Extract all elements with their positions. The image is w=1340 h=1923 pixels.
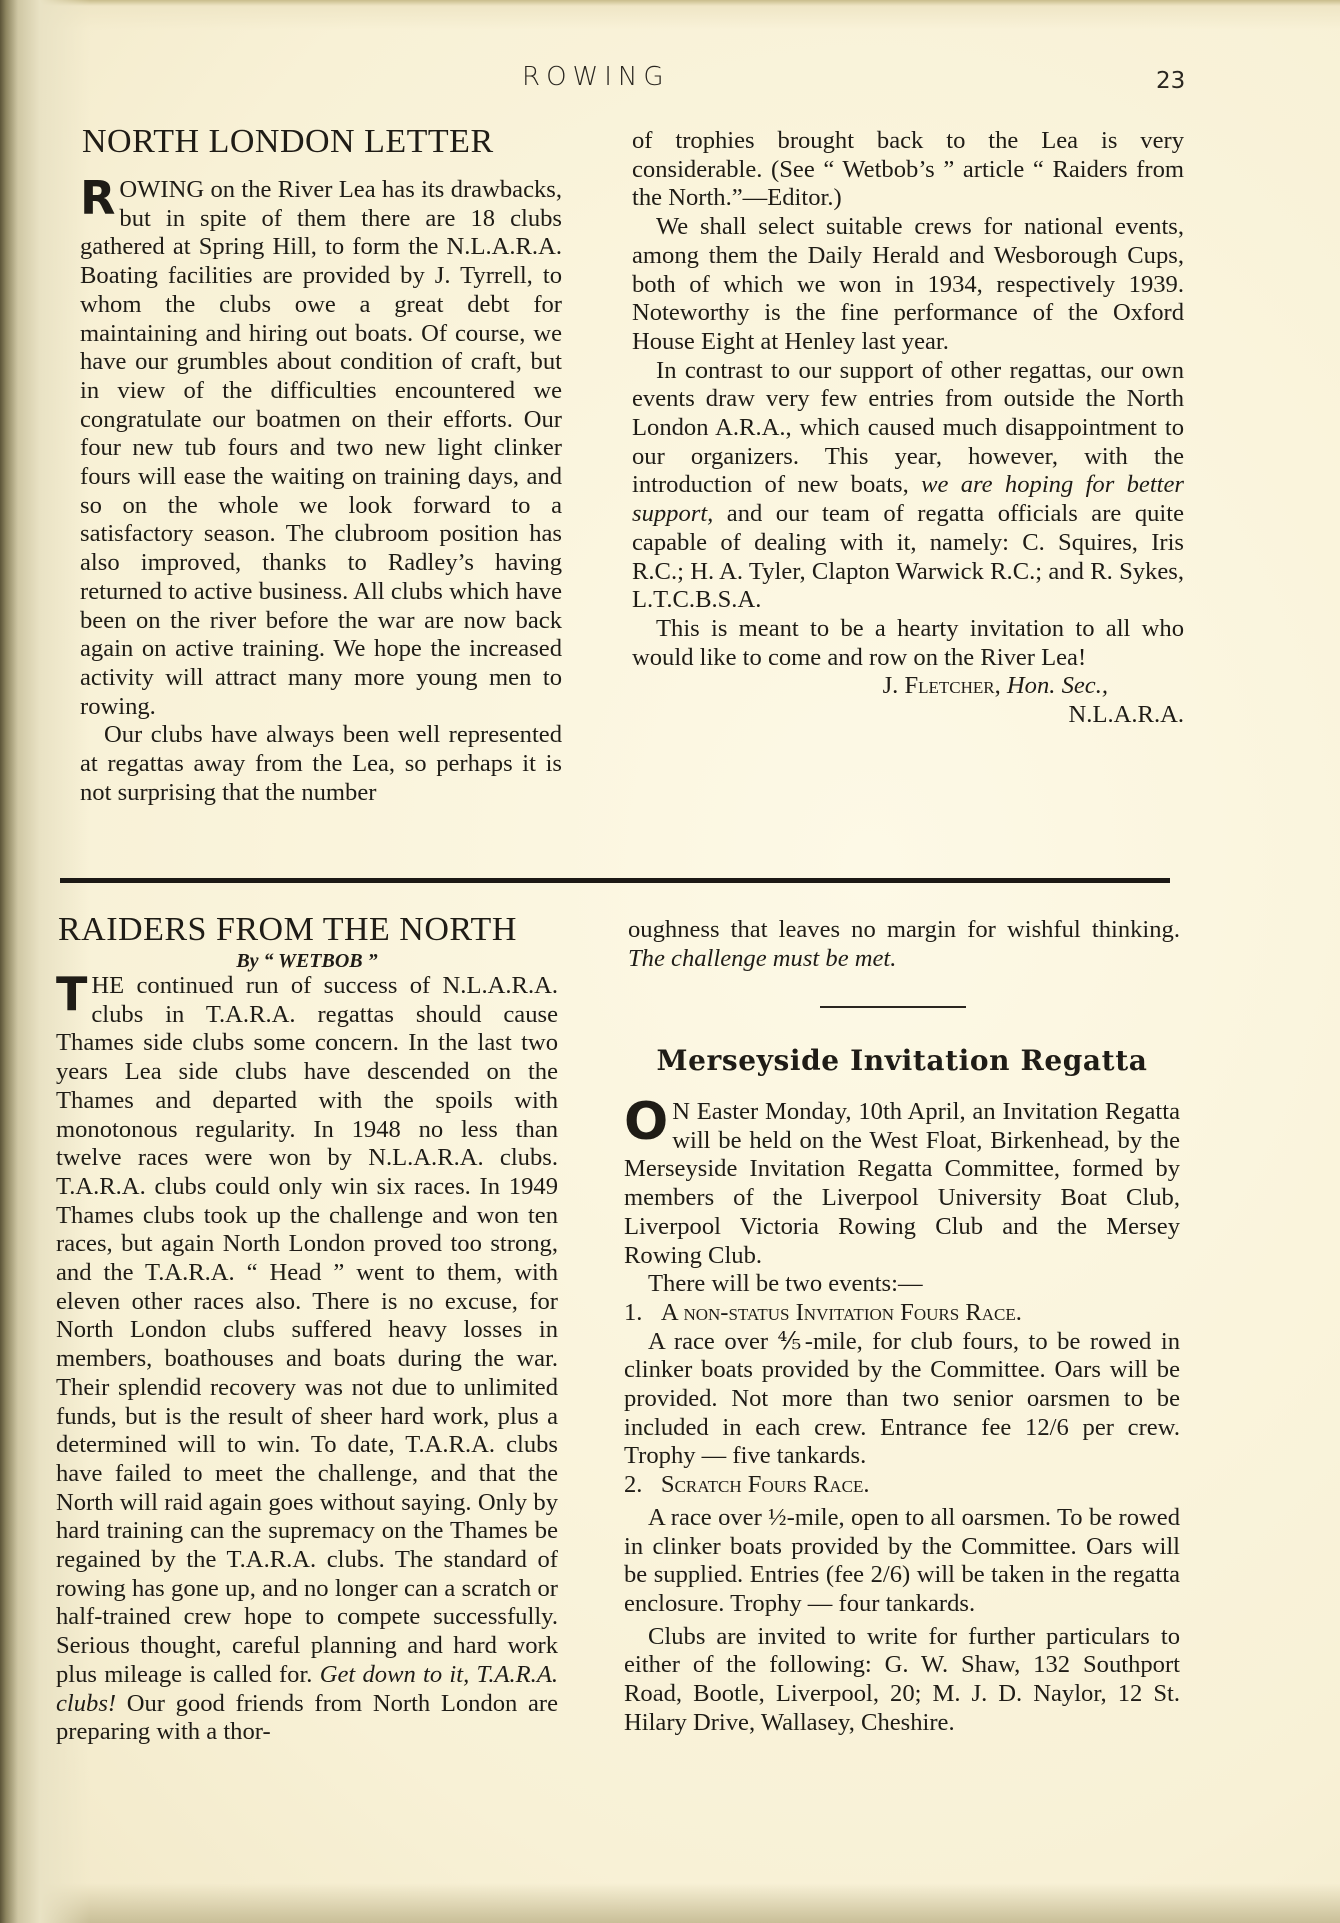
- merseyside-article: Merseyside Invitation Regatta ON Easter …: [624, 1044, 1180, 1737]
- event-number: 1.: [624, 1299, 642, 1326]
- paragraph: oughness that leaves no margin for wishf…: [628, 916, 1180, 973]
- paragraph: Our clubs have always been well represen…: [80, 721, 562, 807]
- dropcap: T: [56, 974, 87, 1014]
- event-heading: 2. Scratch Fours Race.: [624, 1471, 1180, 1500]
- event-description: A race over ⅘-mile, for club fours, to b…: [624, 1328, 1180, 1472]
- event-description: A race over ½-mile, open to all oarsmen.…: [624, 1504, 1180, 1619]
- paragraph-text: N Easter Monday, 10th April, an Invitati…: [624, 1098, 1180, 1269]
- paragraph: ROWING on the River Lea has its drawback…: [80, 176, 562, 721]
- article-title-raiders: RAIDERS FROM THE NORTH: [58, 910, 558, 950]
- north-london-letter-col-2: of trophies brought back to the Lea is v…: [632, 127, 1184, 730]
- page-number: 23: [1156, 68, 1185, 94]
- signature-role: Hon. Sec.,: [1001, 672, 1108, 699]
- signature-org: N.L.A.R.A.: [632, 701, 1184, 730]
- signature: J. Fletcher, Hon. Sec.,: [632, 672, 1184, 701]
- article-title-merseyside: Merseyside Invitation Regatta: [624, 1044, 1180, 1078]
- paragraph: THE continued run of success of N.L.A.R.…: [56, 972, 558, 1747]
- short-divider: [820, 1006, 966, 1008]
- article-title-north-london-letter: NORTH LONDON LETTER: [82, 122, 562, 162]
- paragraph: There will be two events:—: [624, 1270, 1180, 1299]
- dropcap: R: [80, 178, 115, 218]
- signature-name: J. Fletcher,: [883, 672, 1001, 699]
- paragraph: Clubs are invited to write for further p…: [624, 1623, 1180, 1738]
- paragraph-text: HE continued run of success of N.L.A.R.A…: [56, 972, 558, 1688]
- paragraph: ON Easter Monday, 10th April, an Invitat…: [624, 1098, 1180, 1270]
- dropcap: O: [624, 1100, 668, 1144]
- paragraph: We shall select suitable crews for natio…: [632, 213, 1184, 357]
- event-name: A non-status Invitation Fours Race.: [661, 1299, 1022, 1326]
- paragraph-text: Our good friends from North London are p…: [56, 1690, 558, 1746]
- paragraph: of trophies brought back to the Lea is v…: [632, 127, 1184, 213]
- emphasis-text: The challenge must be met.: [628, 945, 896, 972]
- section-divider: [60, 878, 1170, 883]
- paragraph: In contrast to our support of other rega…: [632, 357, 1184, 615]
- paragraph: This is meant to be a hearty invitation …: [632, 615, 1184, 672]
- paragraph-text: OWING on the River Lea has its drawbacks…: [80, 176, 562, 720]
- merseyside-col: oughness that leaves no margin for wishf…: [628, 916, 1180, 973]
- paragraph-text: and our team of regatta officials are qu…: [632, 500, 1184, 613]
- raiders-col: RAIDERS FROM THE NORTH By “ WETBOB ” THE…: [56, 910, 558, 1747]
- north-london-letter-col-1: NORTH LONDON LETTER ROWING on the River …: [80, 122, 562, 807]
- running-head: ROWING: [522, 62, 670, 92]
- paragraph-text: oughness that leaves no margin for wishf…: [628, 916, 1180, 943]
- event-name: Scratch Fours Race.: [661, 1471, 870, 1498]
- event-number: 2.: [624, 1471, 642, 1498]
- byline: By “ WETBOB ”: [56, 950, 558, 972]
- event-heading: 1. A non-status Invitation Fours Race.: [624, 1299, 1180, 1328]
